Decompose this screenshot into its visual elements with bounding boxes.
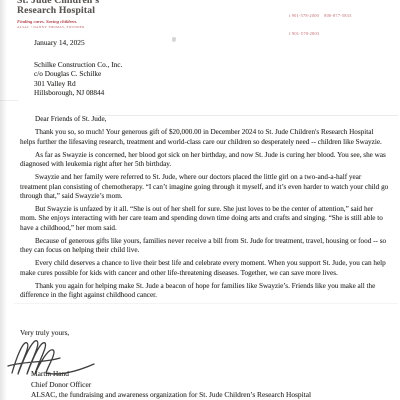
paragraph-no-bill: Because of generous gifts like yours, fa… bbox=[20, 237, 390, 256]
paragraph-diagnosis: As far as Swayzie is concerned, her bloo… bbox=[20, 151, 390, 170]
recipient-address-block: Schilke Construction Co., Inc. c/o Dougl… bbox=[34, 60, 122, 98]
paragraph-swayzie-spirit: But Swayzie is unfazed by it all. “She i… bbox=[20, 205, 390, 233]
signer-name: Martin Hand bbox=[31, 369, 311, 380]
org-founder-line: ALSAC • DANNY THOMAS, FOUNDER bbox=[17, 25, 99, 29]
scan-artifact-line bbox=[96, 115, 398, 116]
org-footer-line: ALSAC, the fundraising and awareness org… bbox=[31, 390, 311, 400]
org-name-line2: Research Hospital bbox=[17, 6, 99, 16]
org-tagline: Finding cures. Saving children. bbox=[17, 19, 99, 24]
paragraph-thanks-again: Thank you again for helping make St. Jud… bbox=[20, 282, 390, 301]
recipient-city-state-zip: Hillsborough, NJ 08844 bbox=[34, 88, 122, 97]
signer-title: Chief Donor Officer bbox=[31, 380, 311, 391]
recipient-company: Schilke Construction Co., Inc. bbox=[34, 60, 122, 69]
phone-line-2: f 901-578-2803 bbox=[289, 31, 351, 37]
paragraph-thank-you: Thank you so, so much! Your generous gif… bbox=[20, 128, 390, 147]
phone-line-1: t 901-578-2000 800-877-5833 bbox=[289, 13, 351, 19]
paragraph-treatment-plan: Swayzie and her family were referred to … bbox=[20, 173, 390, 201]
signature-block: Martin Hand Chief Donor Officer ALSAC, t… bbox=[31, 369, 311, 400]
recipient-attention: c/o Douglas C. Schilke bbox=[34, 69, 122, 78]
letter-body: Dear Friends of St. Jude, Thank you so, … bbox=[20, 111, 390, 300]
letter-date: January 14, 2025 bbox=[34, 38, 85, 47]
scanned-letter-page: St. Jude Children's Research Hospital Fi… bbox=[0, 0, 400, 400]
scan-artifact-line bbox=[14, 303, 398, 304]
letterhead: St. Jude Children's Research Hospital Fi… bbox=[17, 0, 99, 29]
scan-speck bbox=[172, 37, 176, 42]
scan-artifact-line bbox=[0, 100, 18, 101]
salutation: Dear Friends of St. Jude, bbox=[20, 115, 390, 124]
recipient-street: 301 Valley Rd bbox=[34, 79, 122, 88]
paragraph-every-child: Every child deserves a chance to live th… bbox=[20, 259, 390, 278]
contact-phone-block: t 901-578-2000 800-877-5833 f 901-578-28… bbox=[289, 1, 351, 48]
